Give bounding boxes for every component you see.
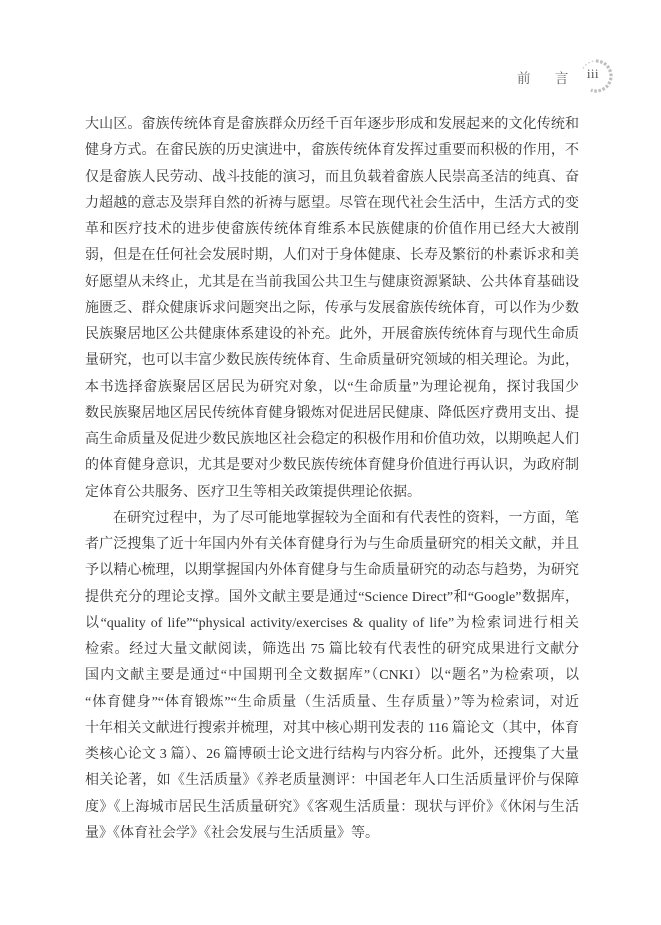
text-line: 高生命质量及促进少数民族地区社会稳定的积极作用和价值功效，以期唤起人们 [85, 427, 579, 453]
text-line: 仅是畲族人民劳动、战斗技能的演习，而且负载着畲族人民崇高圣洁的纯真、奋 [85, 165, 579, 191]
text-line: 予以精心梳理，以期掌握国内外体育健身与生命质量研究的动态与趋势，为研究 [85, 558, 579, 584]
text-line: 度》《上海城市居民生活质量研究》《客观生活质量：现状与评价》《休闲与生活质 [85, 795, 579, 821]
text-line: 以“quality of life”“physical activity/exe… [85, 611, 579, 637]
text-line: 民族聚居地区公共健康体系建设的补充。此外，开展畲族传统体育与现代生命质 [85, 322, 579, 348]
section-title: 前 言 [517, 67, 570, 87]
text-line: 本书选择畲族聚居区居民为研究对象，以“生命质量”为理论视角，探讨我国少 [85, 375, 579, 401]
text-line: 施匮乏、群众健康诉求问题突出之际，传承与发展畲族传统体育，可以作为少数 [85, 296, 579, 322]
preface-body: 大山区。畲族传统体育是畲族群众历经千百年逐步形成和发展起来的文化传统和 健身方式… [85, 112, 579, 847]
text-line: 提供充分的理论支撑。国外文献主要是通过“Science Direct”和“Goo… [85, 585, 579, 611]
text-line: 的体育健身意识，尤其是要对少数民族传统体育健身价值进行再认识，为政府制 [85, 453, 579, 479]
text-line: 定体育公共服务、医疗卫生等相关政策提供理论依据。 [85, 480, 579, 506]
text-line: 弱，但是在任何社会发展时期，人们对于身体健康、长寿及繁衍的朴素诉求和美 [85, 243, 579, 269]
text-line: 力超越的意志及崇拜自然的祈祷与愿望。尽管在现代社会生活中，生活方式的变 [85, 191, 579, 217]
text-line: 相关论著，如《生活质量》《养老质量测评：中国老年人口生活质量评价与保障制 [85, 768, 579, 794]
page-number-ornament: iii [574, 54, 618, 98]
text-line: 大山区。畲族传统体育是畲族群众历经千百年逐步形成和发展起来的文化传统和 [85, 112, 579, 138]
text-line: 量研究，也可以丰富少数民族传统体育、生命质量研究领域的相关理论。为此， [85, 348, 579, 374]
text-line: 数民族聚居地区居民传统体育健身锻炼对促进居民健康、降低医疗费用支出、提 [85, 401, 579, 427]
page-number: iii [574, 67, 612, 82]
text-line: “体育健身”“体育锻炼”“生命质量（生活质量、生存质量）”等为检索词，对近 [85, 690, 579, 716]
text-line: 健身方式。在畲民族的历史演进中，畲族传统体育发挥过重要而积极的作用，不 [85, 138, 579, 164]
text-line: 检索。经过大量文献阅读，筛选出 75 篇比较有代表性的研究成果进行文献分析。 [85, 637, 579, 663]
book-page: 前 言 iii 大山区。畲族传统体育是畲族群众历经千百年逐步形成和发展起来的文化… [0, 0, 661, 925]
text-line: 者广泛搜集了近十年国内外有关体育健身行为与生命质量研究的相关文献，并且 [85, 532, 579, 558]
page-header: 前 言 iii [0, 54, 661, 98]
text-line: 十年相关文献进行搜索并梳理，对其中核心期刊发表的 116 篇论文（其中，体育 [85, 716, 579, 742]
text-line: 在研究过程中，为了尽可能地掌握较为全面和有代表性的资料，一方面，笔 [85, 506, 579, 532]
text-line: 类核心论文 3 篇）、26 篇博硕士论文进行结构与内容分析。此外，还搜集了大量的 [85, 742, 579, 768]
text-line: 好愿望从未终止，尤其是在当前我国公共卫生与健康资源紧缺、公共体育基础设 [85, 270, 579, 296]
text-line: 国内文献主要是通过“中国期刊全文数据库”（CNKI）以“题名”为检索项，以 [85, 663, 579, 689]
text-line: 革和医疗技术的进步使畲族传统体育维系本民族健康的价值作用已经大大被削 [85, 217, 579, 243]
text-line: 量》《体育社会学》《社会发展与生活质量》等。 [85, 821, 579, 847]
